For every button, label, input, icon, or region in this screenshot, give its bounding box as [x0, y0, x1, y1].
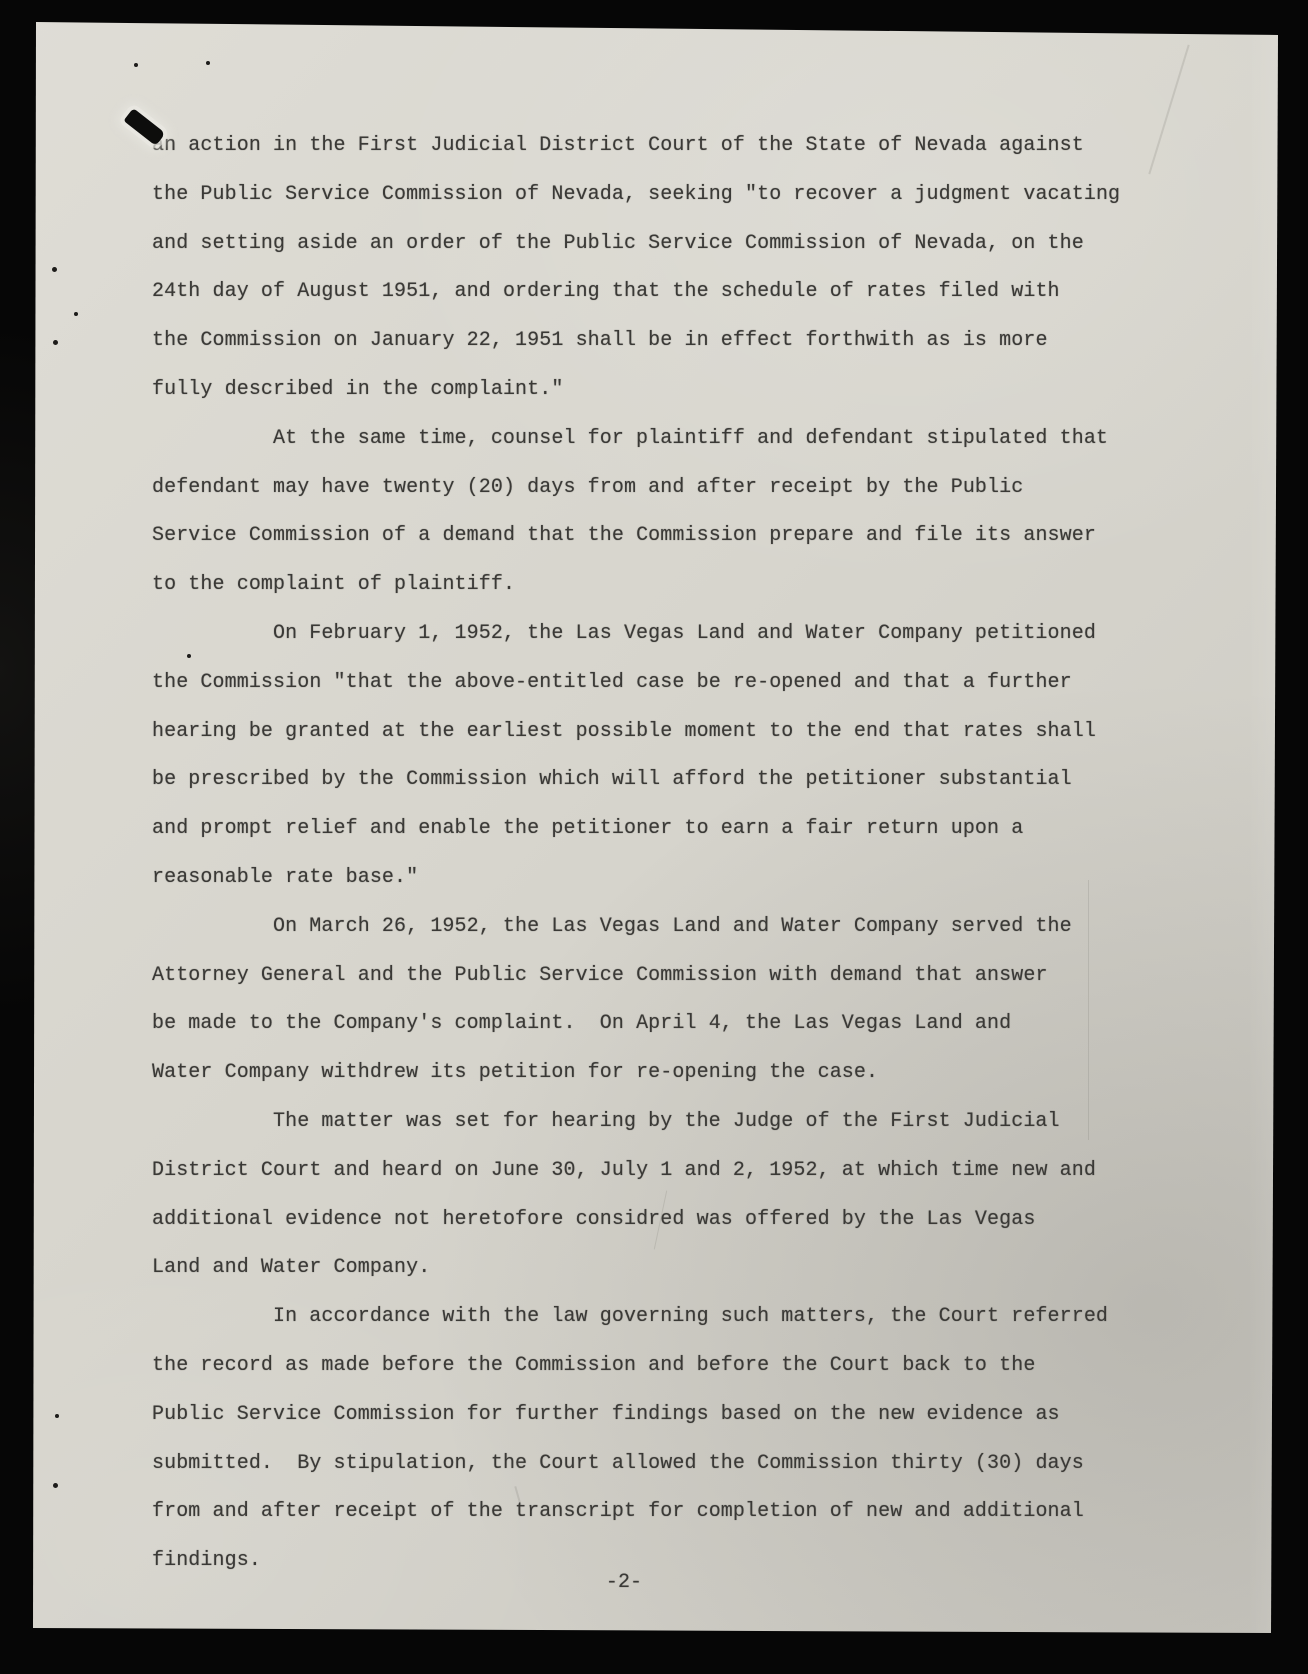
document-line: On February 1, 1952, the Las Vegas Land … — [152, 610, 1152, 659]
document-line: The matter was set for hearing by the Ju… — [152, 1098, 1152, 1147]
document-page: an action in the First Judicial District… — [0, 0, 1308, 1674]
document-line: Public Service Commission for further fi… — [152, 1391, 1152, 1440]
paper-speck — [74, 312, 78, 316]
paper-speck — [53, 340, 58, 345]
document-line: 24th day of August 1951, and ordering th… — [152, 268, 1152, 317]
document-line: to the complaint of plaintiff. — [152, 561, 1152, 610]
document-line: At the same time, counsel for plaintiff … — [152, 415, 1152, 464]
document-line: fully described in the complaint." — [152, 366, 1152, 415]
document-line: the record as made before the Commission… — [152, 1342, 1152, 1391]
document-line: from and after receipt of the transcript… — [152, 1488, 1152, 1537]
document-line: and setting aside an order of the Public… — [152, 220, 1152, 269]
document-line: defendant may have twenty (20) days from… — [152, 464, 1152, 513]
document-line: be prescribed by the Commission which wi… — [152, 756, 1152, 805]
document-line: the Commission "that the above-entitled … — [152, 659, 1152, 708]
document-line: Service Commission of a demand that the … — [152, 512, 1152, 561]
paper-speck — [55, 1414, 59, 1418]
document-line: the Public Service Commission of Nevada,… — [152, 171, 1152, 220]
document-line: In accordance with the law governing suc… — [152, 1293, 1152, 1342]
document-line: submitted. By stipulation, the Court all… — [152, 1440, 1152, 1489]
page-number: -2- — [152, 1568, 1096, 1598]
document-line: Land and Water Company. — [152, 1244, 1152, 1293]
document-line: and prompt relief and enable the petitio… — [152, 805, 1152, 854]
paper-crease — [1148, 45, 1189, 175]
paper-speck — [206, 61, 210, 65]
paper-speck — [53, 1483, 58, 1488]
document-line: Water Company withdrew its petition for … — [152, 1049, 1152, 1098]
document-line: hearing be granted at the earliest possi… — [152, 708, 1152, 757]
document-line: be made to the Company's complaint. On A… — [152, 1000, 1152, 1049]
paper-speck — [187, 654, 191, 658]
document-line: District Court and heard on June 30, Jul… — [152, 1147, 1152, 1196]
scan-background: an action in the First Judicial District… — [0, 0, 1308, 1674]
document-line: reasonable rate base." — [152, 854, 1152, 903]
paper-crease — [1088, 880, 1089, 1140]
document-line: additional evidence not heretofore consi… — [152, 1196, 1152, 1245]
document-line: Attorney General and the Public Service … — [152, 952, 1152, 1001]
document-line: the Commission on January 22, 1951 shall… — [152, 317, 1152, 366]
document-line: an action in the First Judicial District… — [152, 122, 1152, 171]
paper-speck — [52, 267, 57, 272]
document-line: On March 26, 1952, the Las Vegas Land an… — [152, 903, 1152, 952]
document-text-block: an action in the First Judicial District… — [152, 122, 1152, 1586]
paper-speck — [134, 63, 138, 67]
